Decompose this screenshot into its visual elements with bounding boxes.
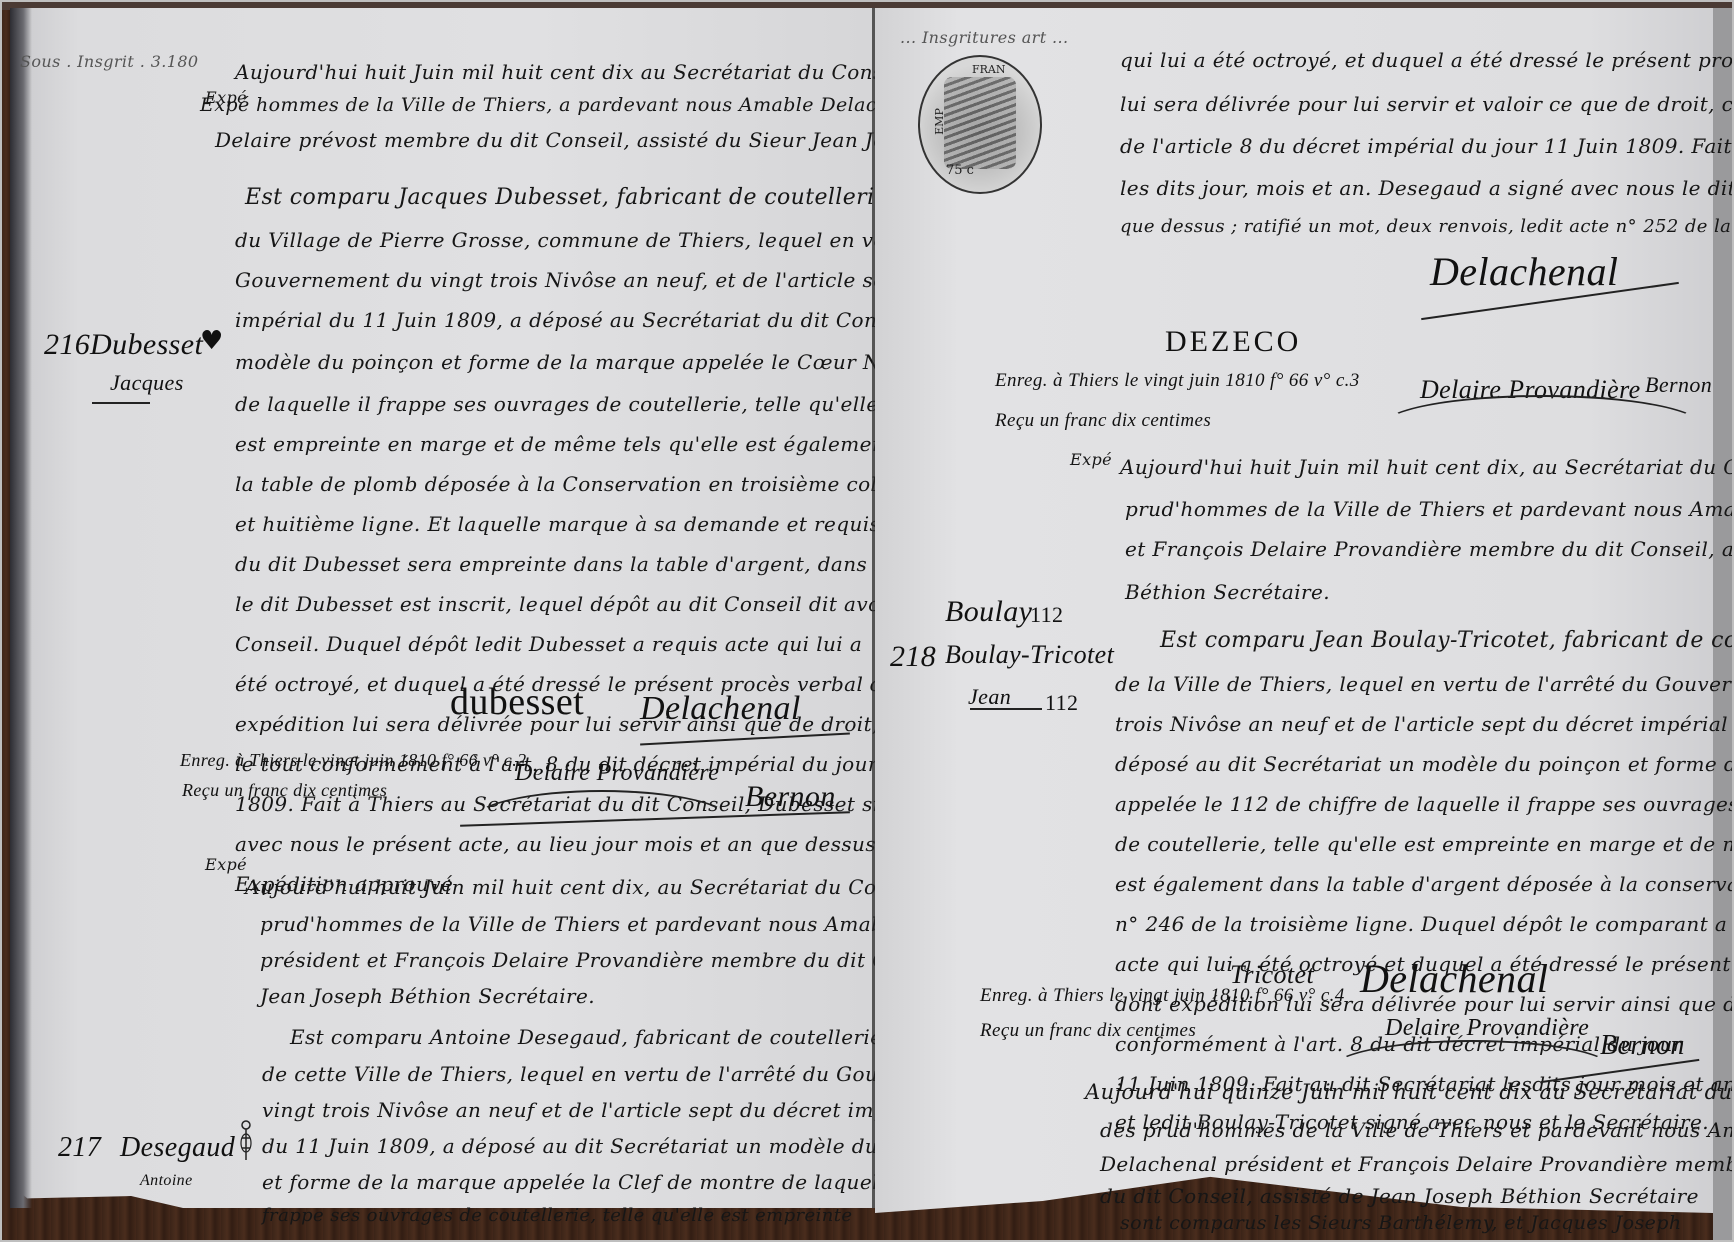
image-border xyxy=(0,0,1734,1242)
